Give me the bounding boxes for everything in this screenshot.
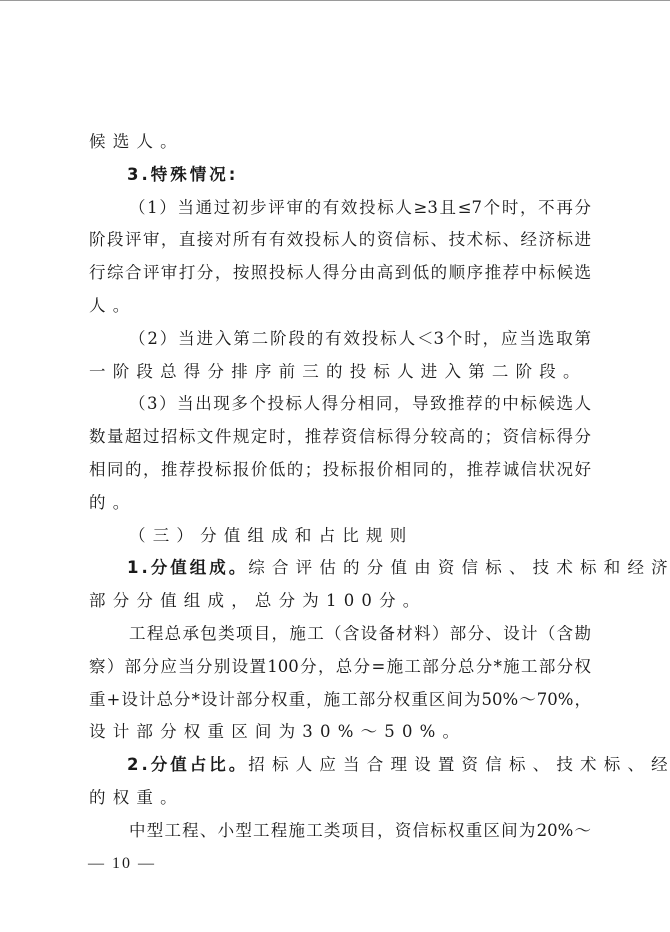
paragraph-line: （3）当出现多个投标人得分相同，导致推荐的中标候选人 <box>89 388 591 421</box>
paragraph-line: 部分分值组成，总分为100分。 <box>89 585 591 618</box>
paragraph-line: 2.分值占比。招标人应当合理设置资信标、技术标、经济标 <box>89 749 591 782</box>
paragraph-line: 察）部分应当分别设置100分，总分=施工部分总分*施工部分权 <box>89 651 591 684</box>
paragraph-line: 重+设计总分*设计部分权重，施工部分权重区间为50%～70%， <box>89 684 591 717</box>
paragraph-text: 综合评估的分值由资信标、技术标和经济标三 <box>248 558 670 577</box>
paragraph-line: 中型工程、小型工程施工类项目，资信标权重区间为20%～ <box>89 815 591 848</box>
subheading-special-cases: 3.特殊情况: <box>89 159 591 192</box>
paragraph-line: 的。 <box>89 487 591 520</box>
paragraph-line: （2）当进入第二阶段的有效投标人＜3个时，应当选取第 <box>89 323 591 356</box>
paragraph-line: 一阶段总得分排序前三的投标人进入第二阶段。 <box>89 356 591 389</box>
paragraph-line: 阶段评审，直接对所有有效投标人的资信标、技术标、经济标进 <box>89 224 591 257</box>
page-top-border <box>0 0 670 1</box>
paragraph-line: 人。 <box>89 290 591 323</box>
paragraph-line: 1.分值组成。综合评估的分值由资信标、技术标和经济标三 <box>89 552 591 585</box>
bold-heading: 2.分值占比。 <box>127 755 248 774</box>
paragraph-line: 数量超过招标文件规定时，推荐资信标得分较高的；资信标得分 <box>89 421 591 454</box>
paragraph-text: 招标人应当合理设置资信标、技术标、经济标 <box>248 755 670 774</box>
document-body: 候选人。 3.特殊情况: （1）当通过初步评审的有效投标人≥3且≤7个时，不再分… <box>89 126 591 848</box>
bold-heading: 3.特殊情况: <box>127 165 238 184</box>
paragraph-line: 设计部分权重区间为30%～50%。 <box>89 716 591 749</box>
paragraph-line: 的权重。 <box>89 782 591 815</box>
paragraph-line: （1）当通过初步评审的有效投标人≥3且≤7个时，不再分 <box>89 192 591 225</box>
bold-heading: 1.分值组成。 <box>127 558 248 577</box>
section-heading: （三）分值组成和占比规则 <box>89 520 591 553</box>
paragraph-line: 工程总承包类项目，施工（含设备材料）部分、设计（含勘 <box>89 618 591 651</box>
paragraph-line: 相同的，推荐投标报价低的；投标报价相同的，推荐诚信状况好 <box>89 454 591 487</box>
page-number: — 10 — <box>88 855 156 873</box>
paragraph-line: 行综合评审打分，按照投标人得分由高到低的顺序推荐中标候选 <box>89 257 591 290</box>
text-line: 候选人。 <box>89 126 591 159</box>
